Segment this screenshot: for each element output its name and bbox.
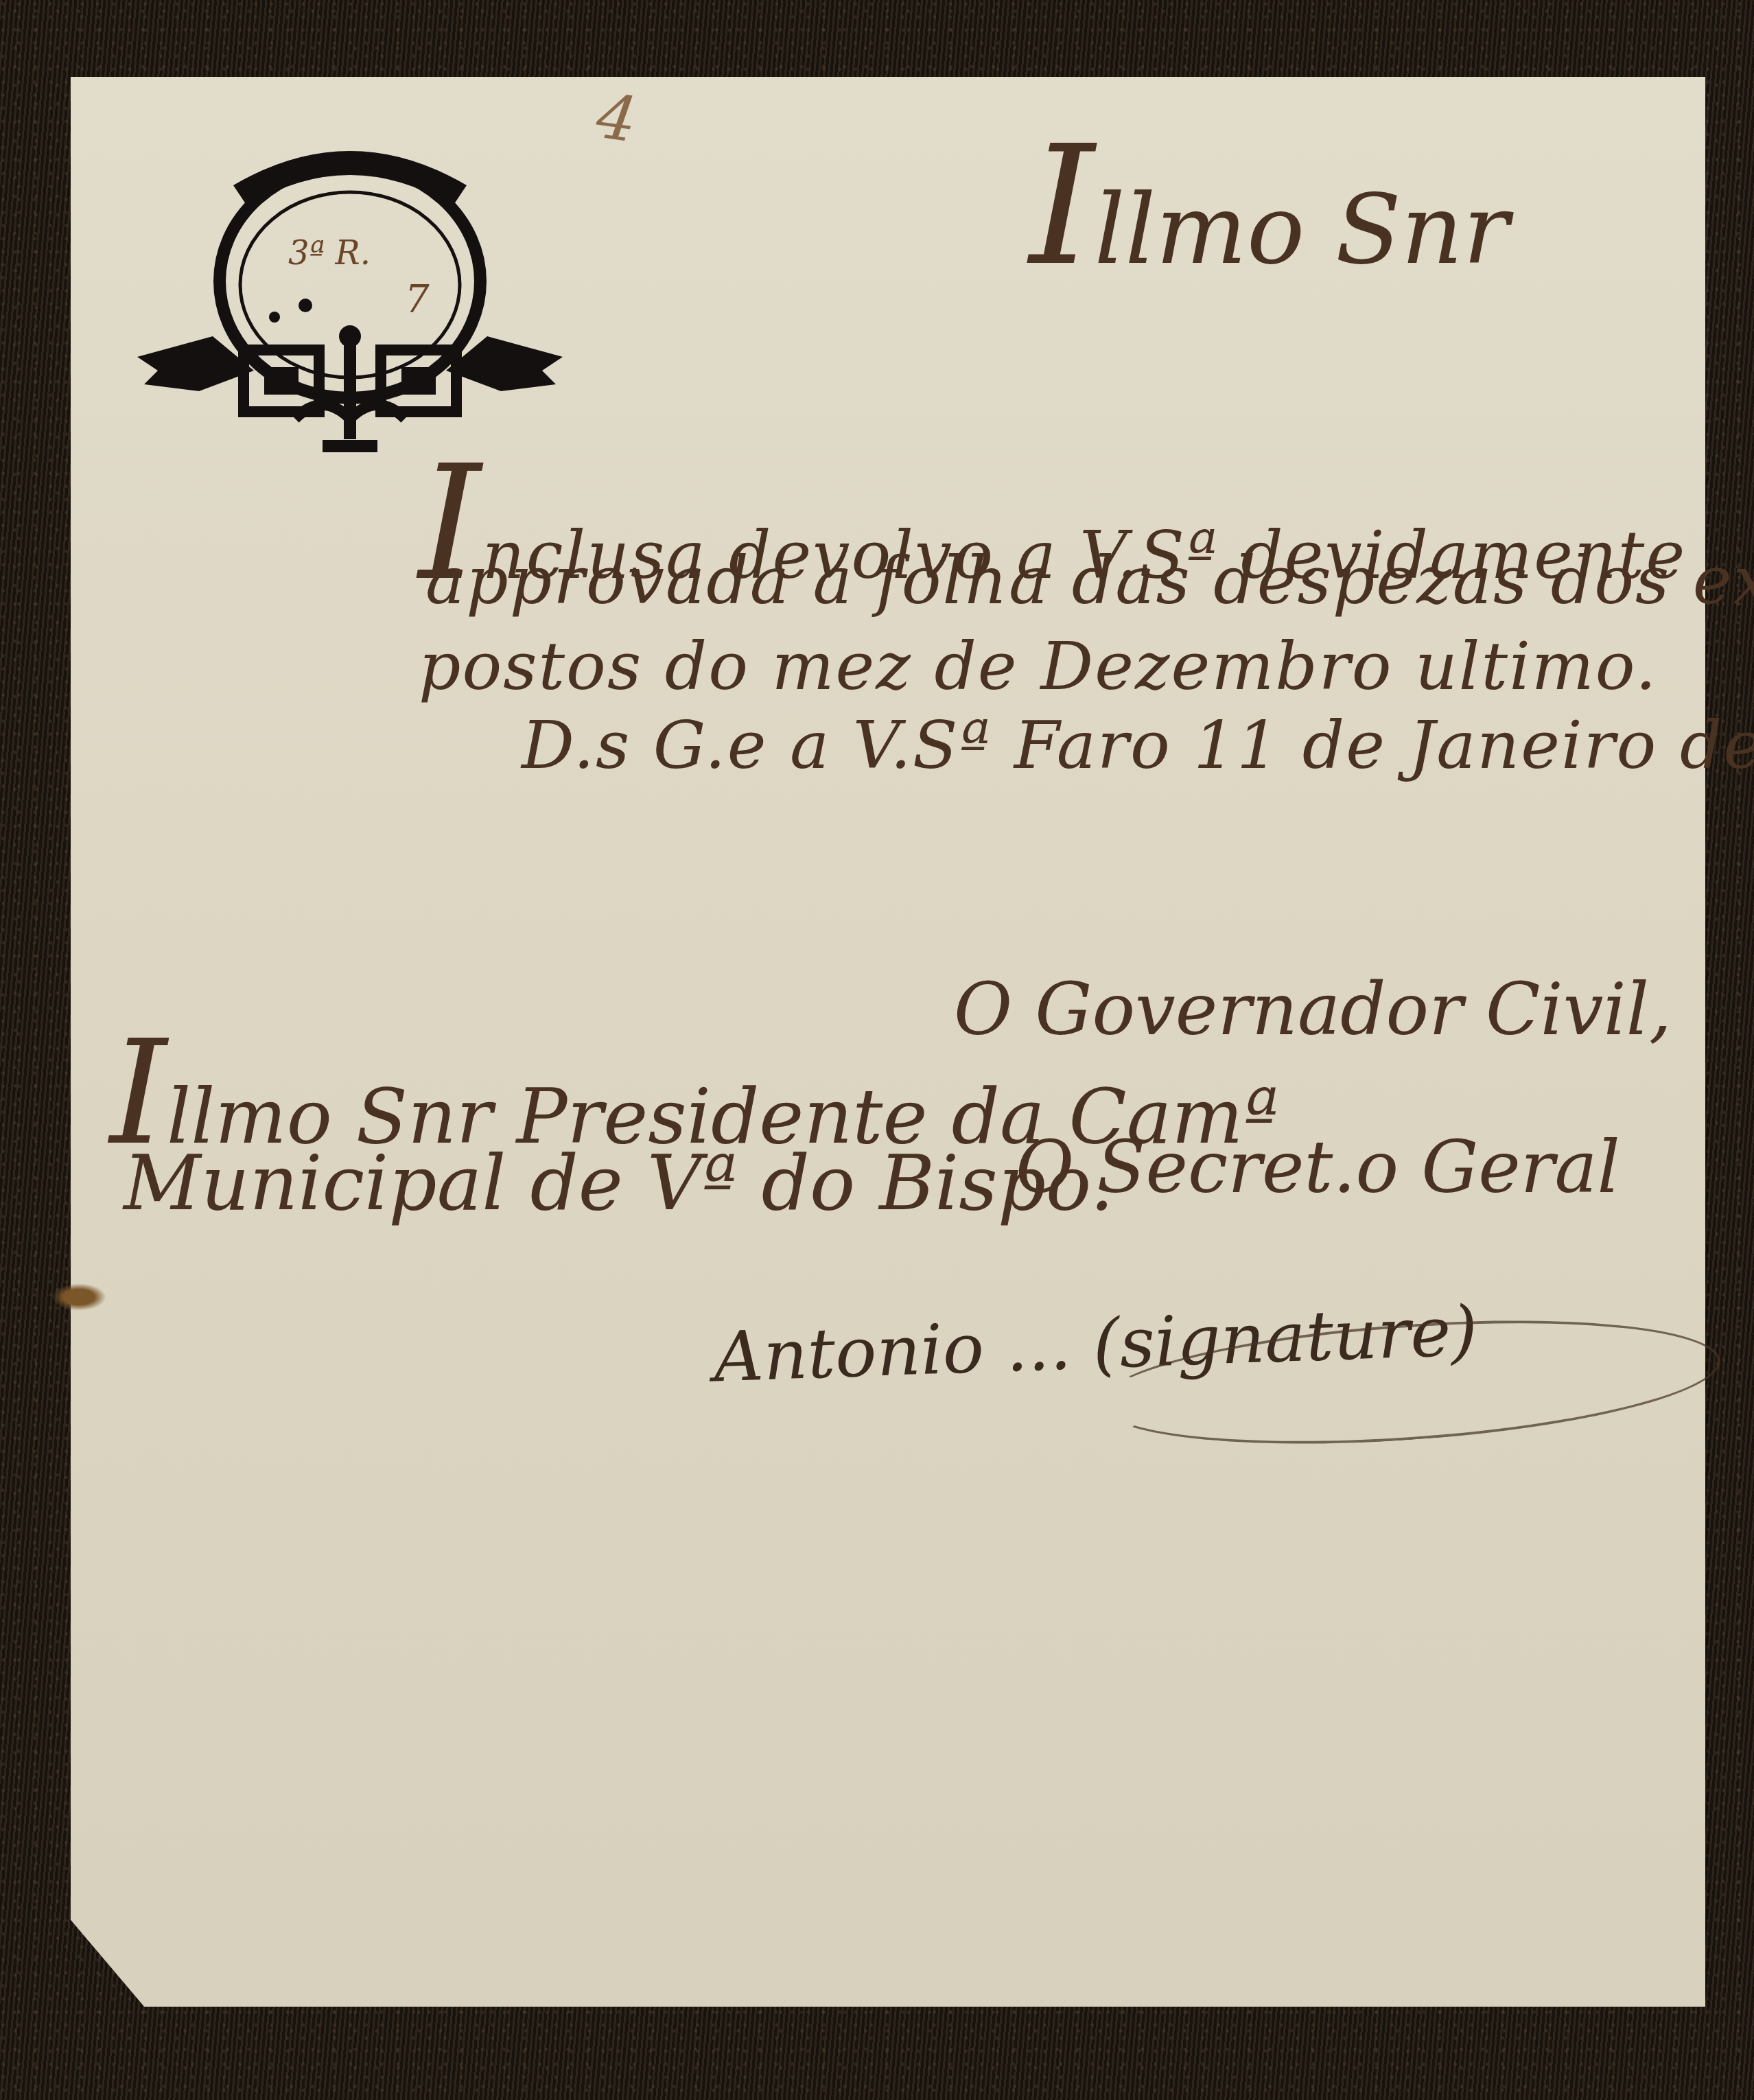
seal-icon: 3ª R. 7 bbox=[130, 130, 570, 460]
svg-text:7: 7 bbox=[405, 277, 430, 322]
salutation-text: llmo Snr bbox=[1095, 174, 1509, 286]
binding-thread bbox=[51, 1283, 106, 1311]
seal-annotation: 3ª R. bbox=[288, 234, 371, 272]
closing-secretary: O Secret.o Geral bbox=[1016, 1125, 1620, 1209]
body-line-3: postos do mez de Dezembro ultimo. bbox=[419, 628, 1657, 705]
closing-title: O Governador Civil, bbox=[954, 968, 1672, 1051]
salutation: Illmo Snr bbox=[1029, 110, 1509, 302]
salutation-initial: I bbox=[1029, 110, 1095, 302]
body-line-2: approvada a folha das despezas dos ex- bbox=[425, 542, 1754, 619]
official-seal-stamp: 3ª R. 7 bbox=[130, 130, 570, 460]
body-line-dateline: D.s G.e a V.Sª Faro 11 de Janeiro de 186… bbox=[522, 707, 1754, 784]
addressee-line-2: Municipal de Vª do Bispo. bbox=[124, 1139, 1114, 1227]
